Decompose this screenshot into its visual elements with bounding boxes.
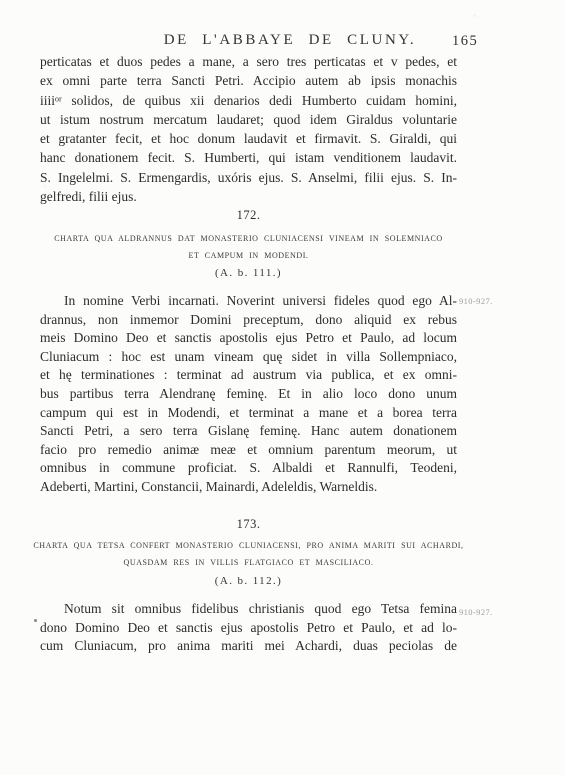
text-line: Sancti Petri, a sero terra Gislanę femin… <box>40 422 457 441</box>
text-line: meis Domino Deo et sanctis apostolis eju… <box>40 329 457 348</box>
text-line: cum Cluniacum, pro anima mariti mei Acha… <box>40 637 457 656</box>
ink-speck <box>34 619 37 622</box>
text-line: hanc donationem fecit. S. Humberti, qui … <box>40 148 457 167</box>
book-page-scan: DE L'ABBAYE DE CLUNY. 165 perticatas et … <box>0 0 565 775</box>
section-number-172: 172. <box>40 208 457 223</box>
text-line: In nomine Verbi incarnati. Noverint univ… <box>40 292 457 311</box>
text-line: Notum sit omnibus fidelibus christianis … <box>40 600 457 619</box>
paragraph-continuation: perticatas et duos pedes a mane, a sero … <box>40 52 457 206</box>
charta-heading-172-line2: ET CAMPUM IN MODENDI. <box>20 251 477 260</box>
text-line: S. Ingelelmi. S. Ermengardis, uxóris eju… <box>40 168 457 187</box>
text-line: facio pro remedio animæ meæ et omnium pa… <box>40 441 457 460</box>
text-line: gelfredi, filii ejus. <box>40 187 457 206</box>
charter-text-172: In nomine Verbi incarnati. Noverint univ… <box>40 292 457 497</box>
section-number-173: 173. <box>40 517 457 532</box>
page-number: 165 <box>452 33 478 50</box>
text-line: Adeberti, Martini, Constancii, Mainardi,… <box>40 478 457 497</box>
text-line: et hę terminationes : terminat ad austru… <box>40 366 457 385</box>
text-line: Cluniacum : hoc est unam vineam quę side… <box>40 348 457 367</box>
charta-heading-173-line1: CHARTA QUA TETSA CONFERT MONASTERIO CLUN… <box>20 541 477 550</box>
charta-heading-172-line1: CHARTA QUA ALDRANNUS DAT MONASTERIO CLUN… <box>20 234 477 243</box>
margin-date-172: 910-927. <box>459 296 493 306</box>
charta-heading-173-line2: QUASDAM RES IN VILLIS FLATGIACO ET MASCI… <box>20 558 477 567</box>
text-line: bus partibus terra Alendranę feminę. Et … <box>40 385 457 404</box>
text-line: campum qui est in Modendi, et terminat a… <box>40 404 457 423</box>
text-line: ut istum nostrum mercatum laudaret; quod… <box>40 110 457 129</box>
archive-reference-172: (A. b. 111.) <box>40 267 457 279</box>
archive-reference-173: (A. b. 112.) <box>40 575 457 587</box>
charter-text-173: Notum sit omnibus fidelibus christianis … <box>40 600 457 656</box>
text-line: dono Domino Deo et sanctis ejus apostoli… <box>40 619 457 638</box>
margin-date-173: 910-927. <box>459 607 493 617</box>
text-line: perticatas et duos pedes a mane, a sero … <box>40 52 457 71</box>
text-line: et gratanter fecit, et hoc donum laudavi… <box>40 129 457 148</box>
text-line: drannus, non inmemor Domini preceptum, d… <box>40 311 457 330</box>
text-line: iiiiᵒʳ solidos, de quibus xii denarios d… <box>40 91 457 110</box>
text-line: omnibus in commune proficiat. S. Albaldi… <box>40 459 457 478</box>
text-line: ex omni parte terra Sancti Petri. Accipi… <box>40 71 457 90</box>
